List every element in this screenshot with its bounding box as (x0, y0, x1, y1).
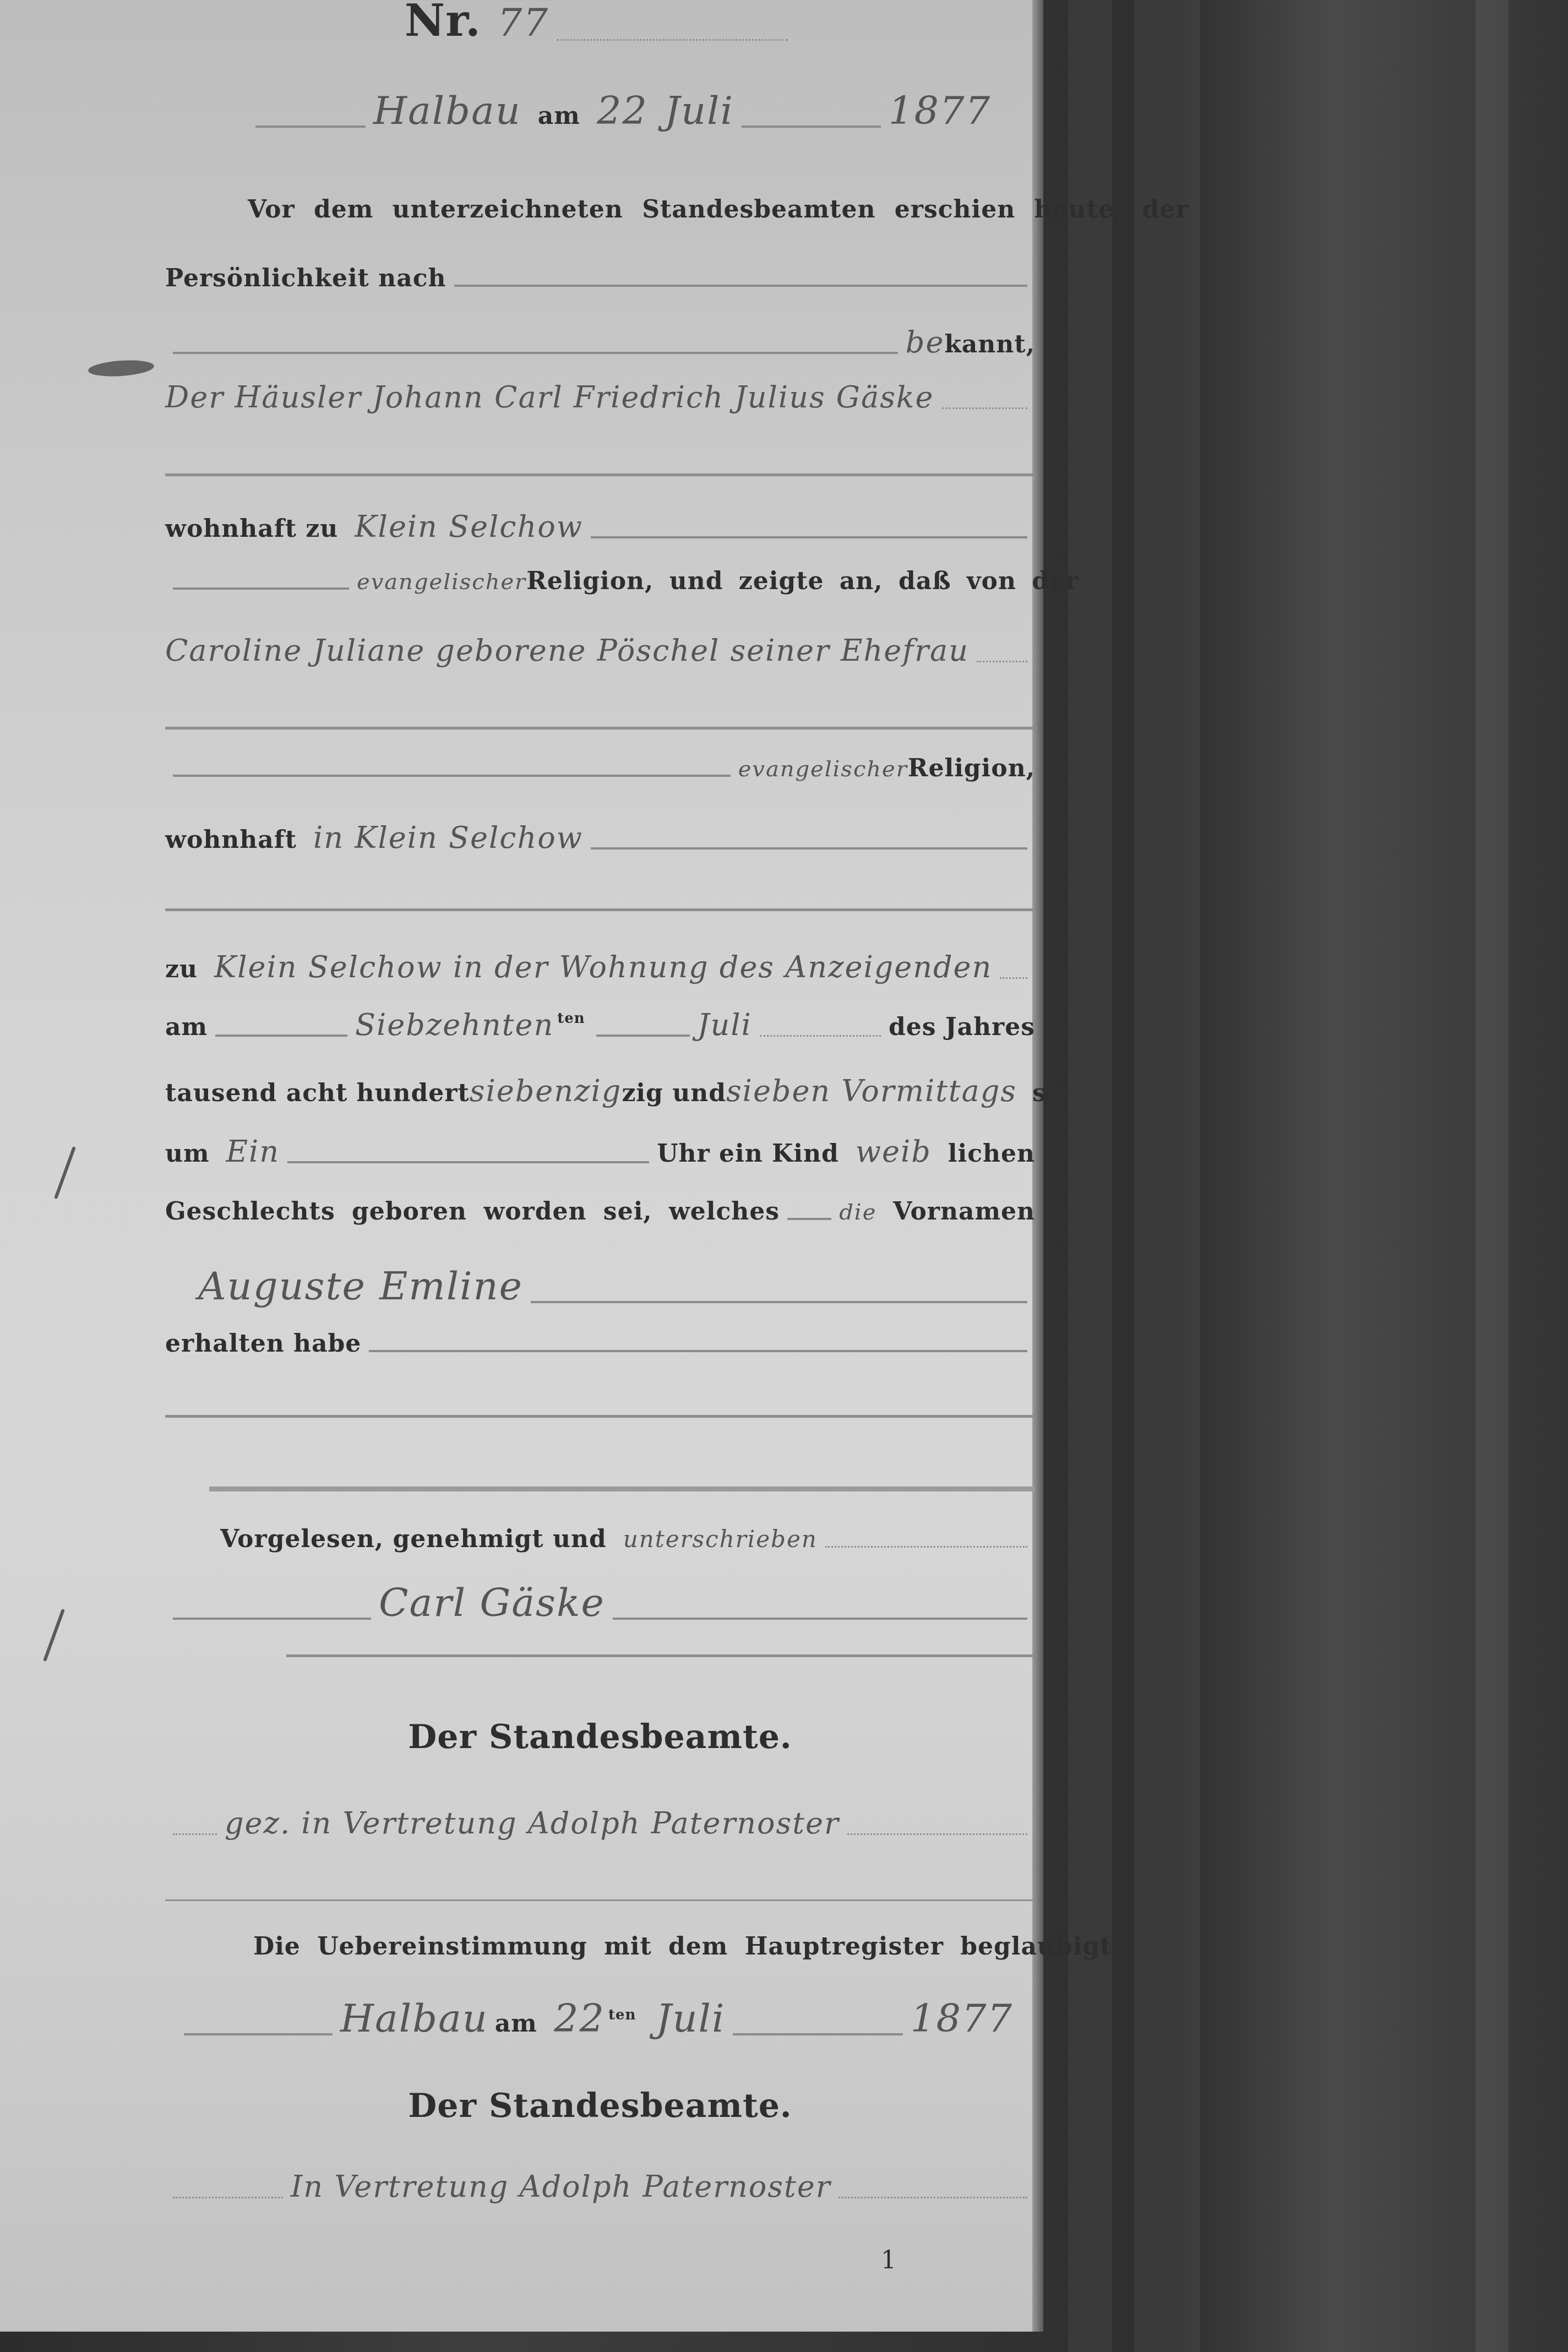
time-value: Ein (226, 1134, 280, 1169)
received-line: erhalten habe (165, 1330, 1035, 1358)
religion-1-print: Religion, und zeigte an, daß von der (526, 567, 1079, 595)
number-value: 77 (498, 0, 549, 45)
known-hand: be (906, 325, 945, 360)
time-label: um (165, 1140, 210, 1168)
informant-name: Der Häusler Johann Carl Friedrich Julius… (165, 380, 934, 415)
day: 22 (597, 88, 648, 133)
registrar-signature: gez. in Vertretung Adolph Paternoster (225, 1806, 840, 1841)
given-names-line: Auguste Emline (165, 1264, 1035, 1309)
certification-line: Die Uebereinstimmung mit dem Hauptregist… (253, 1932, 969, 1961)
informant-signature-line: Carl Gäske (165, 1580, 1035, 1625)
registrar-signature-2: In Vertretung Adolph Paternoster (291, 2169, 831, 2204)
background-band (1476, 0, 1509, 2352)
registrar-title-line: Der Standesbeamte. (165, 1718, 1035, 1756)
cert-year: 1877 (911, 1996, 1013, 2041)
child-label: Uhr ein Kind (657, 1140, 839, 1168)
registrar-title: Der Standesbeamte. (408, 1718, 792, 1756)
known-print: kannt, (944, 330, 1035, 358)
gender-line: Geschlechts geboren worden sei, welches … (165, 1197, 1035, 1226)
birth-day-value: Siebzehnten (355, 1008, 554, 1042)
month: Juli (665, 88, 734, 133)
residence-value: Klein Selchow (355, 509, 583, 544)
birth-place-line: zu Klein Selchow in der Wohnung des Anze… (165, 950, 1035, 984)
year-tens-print: zig und (622, 1079, 726, 1107)
page-number-line: 1 (881, 2246, 914, 2274)
blank-rule (165, 473, 1035, 476)
signature-rule (286, 1654, 1035, 1657)
known-line: be kannt, (165, 325, 1035, 360)
read-line: Vorgelesen, genehmigt und unterschrieben (220, 1525, 1035, 1553)
section-divider (209, 1487, 1035, 1491)
birth-place-label: zu (165, 955, 198, 983)
birth-day-label: am (165, 1013, 208, 1041)
cert-place-date-line: Halbau am 22 ten Juli 1877 (176, 1996, 1013, 2041)
entry-number: Nr. 77 (165, 0, 1035, 46)
birth-time-line: um Ein Uhr ein Kind weib lichen (165, 1134, 1035, 1169)
read-hand: unterschrieben (623, 1526, 818, 1553)
year-units-hand: sieben Vormittags (726, 1074, 1017, 1108)
religion-2-hand: evangelischer (738, 756, 908, 782)
blank-rule (165, 908, 1035, 911)
birth-month-value: Juli (698, 1008, 752, 1042)
mother-residence-value: in Klein Selchow (313, 820, 583, 855)
child-sex-hand: weib (856, 1134, 932, 1169)
gender-text: Geschlechts geboren worden sei, welches (165, 1197, 780, 1226)
section-rule (165, 1899, 1035, 1901)
year-tens-hand: siebenzig (470, 1074, 622, 1108)
informant-line: Der Häusler Johann Carl Friedrich Julius… (165, 380, 1035, 415)
given-names-label: Vornamen (893, 1197, 1035, 1226)
informant-signature: Carl Gäske (379, 1580, 605, 1625)
registrar-signature-2-line: In Vertretung Adolph Paternoster (165, 2169, 1035, 2204)
given-names-value: Auguste Emline (198, 1264, 523, 1309)
mother-name: Caroline Juliane geborene Pöschel seiner… (165, 633, 969, 668)
number-label: Nr. (405, 0, 481, 46)
mother-line: Caroline Juliane geborene Pöschel seiner… (165, 633, 1035, 668)
religion-line-1: evangelischer Religion, und zeigte an, d… (165, 567, 1035, 595)
blank-rule (165, 727, 1035, 729)
register-page: Nr. 77 Halbau am 22 Juli 1877 Vor dem un… (0, 0, 1041, 2332)
mother-residence-line: wohnhaft in Klein Selchow (165, 820, 1035, 855)
mother-residence-label: wohnhaft (165, 826, 297, 854)
background-band (1068, 0, 1112, 2352)
religion-line-2: evangelischer Religion, (165, 754, 1035, 782)
identity-label: Persönlichkeit nach (165, 264, 447, 292)
ink-smudge (88, 358, 155, 378)
page-number: 1 (881, 2246, 897, 2274)
background-band (1134, 0, 1200, 2352)
registrar-title-2-line: Der Standesbeamte. (165, 2087, 1035, 2125)
cert-place: Halbau (340, 1996, 488, 2041)
cert-am-label: am (495, 2010, 537, 2038)
identity-line: Persönlichkeit nach (165, 264, 1035, 292)
registrar-title-2: Der Standesbeamte. (408, 2087, 792, 2125)
birth-day-suffix: ten (557, 1010, 585, 1027)
am-label: am (538, 102, 580, 130)
blank-rule (165, 1415, 1035, 1418)
birth-year-line: tausend acht hundert siebenzig zig und s… (165, 1074, 1035, 1108)
birth-place-value: Klein Selchow in der Wohnung des Anzeige… (214, 950, 992, 984)
received-label: erhalten habe (165, 1330, 361, 1358)
residence-line: wohnhaft zu Klein Selchow (165, 509, 1035, 544)
intro-text: Vor dem unterzeichneten Standesbeamten e… (248, 195, 1189, 224)
cert-day-suffix: ten (608, 2007, 636, 2023)
intro-line: Vor dem unterzeichneten Standesbeamten e… (248, 195, 980, 224)
gender-hand: die (839, 1200, 876, 1225)
birth-year-label: des Jahres (889, 1013, 1035, 1041)
margin-pencil-mark (43, 1609, 65, 1662)
cert-day: 22 (554, 1996, 605, 2041)
read-label: Vorgelesen, genehmigt und (220, 1525, 607, 1553)
residence-label: wohnhaft zu (165, 515, 338, 543)
place: Halbau (373, 88, 521, 133)
year-prefix: tausend acht hundert (165, 1079, 470, 1107)
religion-1-hand: evangelischer (357, 569, 526, 595)
registrar-signature-line: gez. in Vertretung Adolph Paternoster (165, 1806, 1035, 1841)
birth-date-line: am Siebzehnten ten Juli des Jahres (165, 1008, 1035, 1042)
cert-month: Juli (656, 1996, 725, 2041)
child-sex-print: lichen (948, 1140, 1035, 1168)
place-date-line: Halbau am 22 Juli 1877 (248, 88, 991, 133)
margin-pencil-mark (54, 1146, 76, 1199)
year: 1877 (889, 88, 991, 133)
year-suffix: s (1032, 1079, 1047, 1107)
certification-text: Die Uebereinstimmung mit dem Hauptregist… (253, 1932, 1112, 1961)
religion-2-print: Religion, (908, 754, 1035, 782)
